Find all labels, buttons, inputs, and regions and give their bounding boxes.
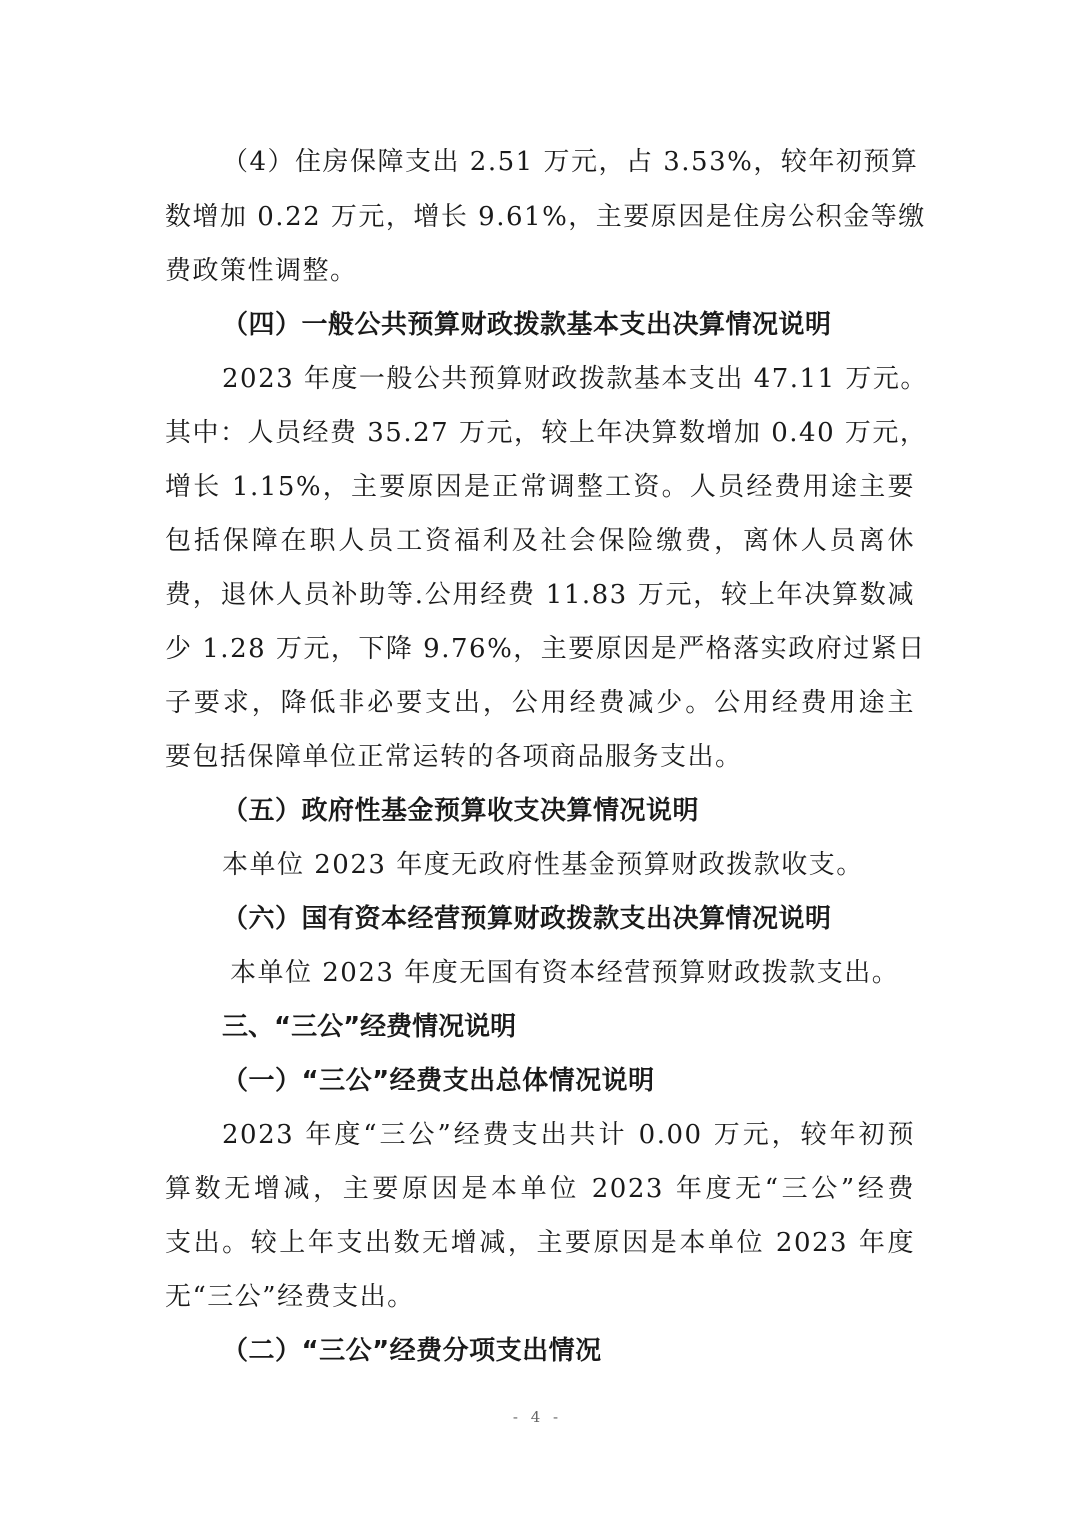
body-line: 要包括保障单位正常运转的各项商品服务支出。 xyxy=(165,741,915,773)
body-line: 2023 年度一般公共预算财政拨款基本支出 47.11 万元。 xyxy=(222,363,915,395)
section-subheading: （二）“三公”经费分项支出情况 xyxy=(222,1335,915,1367)
body-line: 本单位 2023 年度无政府性基金预算财政拨款收支。 xyxy=(222,849,915,881)
body-line: 2023 年度“三公”经费支出共计 0.00 万元，较年初预 xyxy=(222,1119,915,1151)
body-line: 包括保障在职人员工资福利及社会保险缴费，离休人员离休 xyxy=(165,525,915,557)
body-line: 本单位 2023 年度无国有资本经营预算财政拨款支出。 xyxy=(230,957,923,989)
section-subheading: （五）政府性基金预算收支决算情况说明 xyxy=(222,795,915,827)
page-number: - 4 - xyxy=(0,1408,1075,1426)
body-line: 数增加 0.22 万元，增长 9.61%，主要原因是住房公积金等缴 xyxy=(165,201,915,233)
body-line: 支出。较上年支出数无增减，主要原因是本单位 2023 年度 xyxy=(165,1227,915,1259)
body-line: 费政策性调整。 xyxy=(165,255,915,287)
body-line: 无“三公”经费支出。 xyxy=(165,1281,915,1313)
section-subheading: （四）一般公共预算财政拨款基本支出决算情况说明 xyxy=(222,309,915,341)
body-line: 子要求，降低非必要支出，公用经费减少。公用经费用途主 xyxy=(165,687,915,719)
document-page: （4）住房保障支出 2.51 万元，占 3.53%，较年初预算 数增加 0.22… xyxy=(0,0,1075,1520)
body-line: 其中：人员经费 35.27 万元，较上年决算数增加 0.40 万元， xyxy=(165,417,915,449)
section-subheading: （六）国有资本经营预算财政拨款支出决算情况说明 xyxy=(222,903,915,935)
body-line: 少 1.28 万元，下降 9.76%，主要原因是严格落实政府过紧日 xyxy=(165,633,915,665)
body-line: 增长 1.15%，主要原因是正常调整工资。人员经费用途主要 xyxy=(165,471,915,503)
body-line: 费，退休人员补助等.公用经费 11.83 万元，较上年决算数减 xyxy=(165,579,915,611)
section-heading: 三、“三公”经费情况说明 xyxy=(222,1011,915,1043)
body-line: 算数无增减，主要原因是本单位 2023 年度无“三公”经费 xyxy=(165,1173,915,1205)
section-subheading: （一）“三公”经费支出总体情况说明 xyxy=(222,1065,915,1097)
body-line: （4）住房保障支出 2.51 万元，占 3.53%，较年初预算 xyxy=(222,146,915,178)
